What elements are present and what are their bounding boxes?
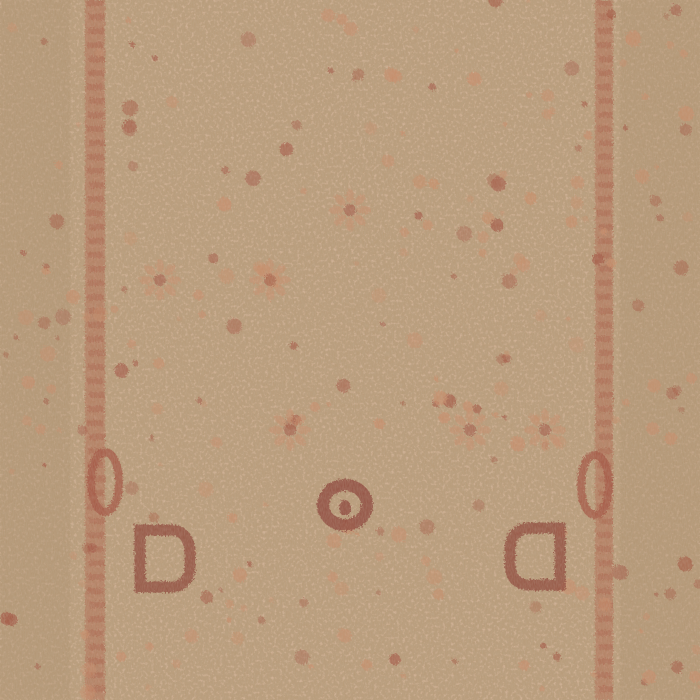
weave-grain <box>0 0 700 700</box>
rug-texture <box>0 0 700 700</box>
rug-photo <box>0 0 700 700</box>
